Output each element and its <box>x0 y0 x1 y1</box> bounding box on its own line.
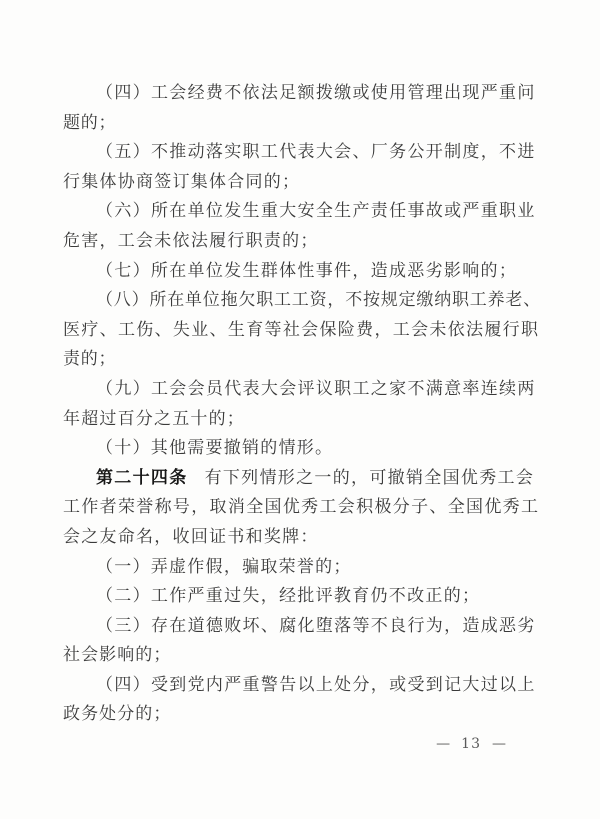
article-number: 第二十四条 <box>96 468 188 488</box>
page-number-dash-left: — <box>436 733 450 755</box>
text-line: （十）其他需要撤销的情形。 <box>63 434 543 464</box>
page-number-dash-right: — <box>492 733 506 755</box>
text-line: （五）不推动落实职工代表大会、厂务公开制度，不进 <box>63 138 543 168</box>
text-line: （七）所在单位发生群体性事件，造成恶劣影响的； <box>63 257 543 287</box>
text-line: 政务处分的； <box>63 700 543 730</box>
document-body: （四）工会经费不依法足额拨缴或使用管理出现严重问题的；（五）不推动落实职工代表大… <box>63 79 543 730</box>
text-line: （四）工会经费不依法足额拨缴或使用管理出现严重问 <box>63 79 543 109</box>
text-line: （一）弄虚作假，骗取荣誉的； <box>63 553 543 583</box>
text-line: 医疗、工伤、失业、生育等社会保险费，工会未依法履行职 <box>63 316 543 346</box>
text-line: （六）所在单位发生重大安全生产责任事故或严重职业 <box>63 197 543 227</box>
document-page: （四）工会经费不依法足额拨缴或使用管理出现严重问题的；（五）不推动落实职工代表大… <box>0 0 600 819</box>
text-line: （三）存在道德败坏、腐化堕落等不良行为，造成恶劣 <box>63 612 543 642</box>
page-number-value: 13 <box>461 733 481 755</box>
text-line: 年超过百分之五十的； <box>63 405 543 435</box>
text-line: 社会影响的； <box>63 641 543 671</box>
text-line: （四）受到党内严重警告以上处分，或受到记大过以上 <box>63 671 543 701</box>
text-line: （八）所在单位拖欠职工工资，不按规定缴纳职工养老、 <box>63 286 543 316</box>
text-line: 危害，工会未依法履行职责的； <box>63 227 543 257</box>
text-line: 第二十四条有下列情形之一的，可撤销全国优秀工会 <box>63 464 543 494</box>
text-line: 行集体协商签订集体合同的； <box>63 168 543 198</box>
text-line: 责的； <box>63 345 543 375</box>
text-line: （九）工会会员代表大会评议职工之家不满意率连续两 <box>63 375 543 405</box>
text-line: （二）工作严重过失，经批评教育仍不改正的； <box>63 582 543 612</box>
text-line: 会之友命名，收回证书和奖牌： <box>63 523 543 553</box>
page-number: —13— <box>436 733 506 755</box>
text-line: 题的； <box>63 109 543 139</box>
text-line: 工作者荣誉称号，取消全国优秀工会积极分子、全国优秀工 <box>63 493 543 523</box>
